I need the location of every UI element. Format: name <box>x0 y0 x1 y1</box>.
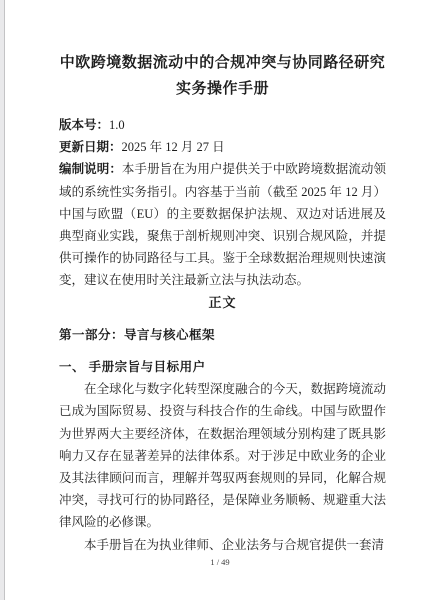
version-value: 1.0 <box>109 118 125 132</box>
version-label: 版本号： <box>59 118 109 132</box>
body-paragraph: 在全球化与数字化转型深度融合的今天，数据跨境流动已成为国际贸易、投资与科技合作的… <box>59 378 386 533</box>
body-paragraph: 本手册旨在为执业律师、企业法务与合规官提供一套清 <box>59 534 386 556</box>
updated-value: 2025 年 12 月 27 日 <box>122 140 225 154</box>
document-content: 中欧跨境数据流动中的合规冲突与协同路径研究 实务操作手册 版本号：1.0 更新日… <box>6 0 386 556</box>
note-text: 本手册旨在为用户提供关于中欧跨境数据流动领域的系统性实务指引。内容基于当前（截至… <box>59 162 386 287</box>
document-title: 中欧跨境数据流动中的合规冲突与协同路径研究 实务操作手册 <box>59 50 386 102</box>
note-label: 编制说明： <box>59 162 122 176</box>
document-title-line1: 中欧跨境数据流动中的合规冲突与协同路径研究 <box>59 50 386 76</box>
document-meta: 版本号：1.0 更新日期：2025 年 12 月 27 日 编制说明：本手册旨在… <box>59 114 386 292</box>
body-heading: 正文 <box>59 292 386 314</box>
part-heading: 第一部分：导言与核心框架 <box>59 324 386 346</box>
page-number: 1 / 49 <box>6 557 434 567</box>
viewport: { "page": { "title_line1": "中欧跨境数据流动中的合规… <box>0 0 438 600</box>
version-row: 版本号：1.0 <box>59 114 386 136</box>
page-gutter-left <box>0 0 5 600</box>
document-page: 中欧跨境数据流动中的合规冲突与协同路径研究 实务操作手册 版本号：1.0 更新日… <box>6 0 434 600</box>
updated-label: 更新日期： <box>59 140 122 154</box>
document-title-line2: 实务操作手册 <box>59 76 386 102</box>
updated-row: 更新日期：2025 年 12 月 27 日 <box>59 136 386 158</box>
note-paragraph: 编制说明：本手册旨在为用户提供关于中欧跨境数据流动领域的系统性实务指引。内容基于… <box>59 158 386 291</box>
section-heading: 一、 手册宗旨与目标用户 <box>59 356 386 378</box>
